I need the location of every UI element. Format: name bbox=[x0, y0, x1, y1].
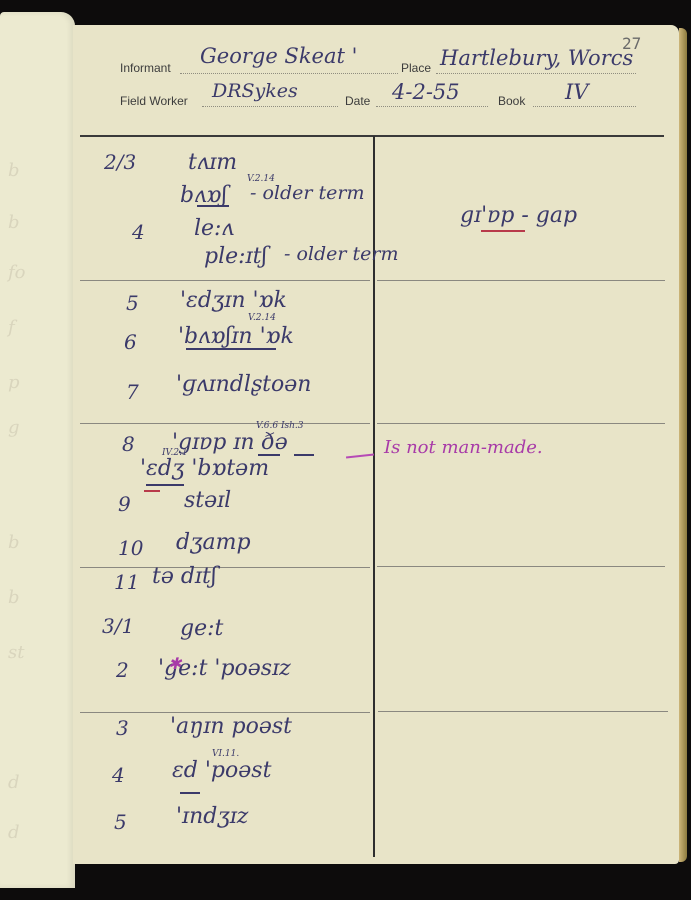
reference-superscript: V.6.6 Ish.3 bbox=[256, 421, 304, 431]
item-number: 3/1 bbox=[102, 614, 134, 638]
ghost-text: d bbox=[8, 822, 20, 843]
field-worker-value: DRSykes bbox=[212, 80, 298, 102]
row-divider bbox=[80, 280, 370, 281]
red-underline bbox=[481, 230, 525, 232]
page-number: 27 bbox=[622, 34, 641, 53]
entry-text: ple:ɪtʃ bbox=[204, 244, 267, 269]
item-number: 2 bbox=[116, 658, 129, 682]
entry-text: tə dɪtʃ bbox=[152, 564, 217, 589]
entry-text: 'ɪndʒɪz bbox=[176, 804, 248, 829]
entry-note: - older term bbox=[284, 243, 398, 265]
place-value: Hartlebury, Worcs bbox=[440, 46, 633, 70]
ghost-text: p bbox=[8, 372, 20, 393]
ghost-text: b bbox=[8, 160, 20, 181]
item-number: 5 bbox=[126, 291, 139, 315]
field-worker-label: Field Worker bbox=[120, 94, 188, 108]
reference-superscript: V.2.14 bbox=[248, 313, 276, 323]
place-label: Place bbox=[401, 61, 431, 75]
entry-text: dʒamp bbox=[176, 530, 251, 555]
red-underline bbox=[144, 490, 160, 492]
entry-text: tʌɪm bbox=[188, 150, 237, 175]
underline bbox=[146, 484, 184, 486]
date-value: 4-2-55 bbox=[392, 80, 460, 104]
row-divider bbox=[80, 423, 370, 424]
underline bbox=[186, 348, 276, 350]
ghost-text: b bbox=[8, 532, 20, 553]
entry-text: le:ʌ bbox=[194, 216, 234, 241]
entry-text: ge:t bbox=[180, 616, 223, 641]
right-column-note: Is not man-made. bbox=[384, 437, 543, 458]
row-divider bbox=[377, 423, 665, 424]
magenta-correction-mark: ✱ bbox=[168, 654, 181, 673]
ghost-text: f bbox=[8, 317, 15, 338]
ghost-text: st bbox=[8, 642, 24, 663]
item-number: 6 bbox=[124, 330, 137, 354]
ghost-text: g bbox=[8, 417, 20, 438]
entry-text: 'ɛdʒ 'bɒtəm bbox=[140, 456, 269, 481]
row-divider bbox=[377, 566, 665, 567]
place-dotline bbox=[436, 73, 636, 74]
entry-text: stəɪl bbox=[184, 488, 231, 513]
item-number: 8 bbox=[122, 432, 135, 456]
ghost-text: b bbox=[8, 212, 20, 233]
book-value: IV bbox=[565, 80, 588, 104]
entry-text: 'ɛdʒɪn 'ɒk bbox=[180, 288, 287, 313]
ghost-text: b bbox=[8, 587, 20, 608]
underline bbox=[294, 454, 314, 456]
date-dotline bbox=[376, 106, 488, 107]
item-number: 4 bbox=[132, 220, 145, 244]
item-number: 3 bbox=[116, 716, 129, 740]
header-rule bbox=[80, 135, 664, 137]
entry-note: - older term bbox=[250, 182, 364, 204]
item-number: 10 bbox=[118, 536, 143, 560]
item-number: 5 bbox=[114, 810, 127, 834]
row-divider bbox=[80, 567, 370, 568]
row-divider bbox=[378, 711, 668, 712]
item-number: 9 bbox=[118, 492, 131, 516]
item-number: 7 bbox=[126, 380, 139, 404]
ghost-text: fo bbox=[8, 262, 26, 283]
entry-text: 'ɡʌɪndlʂtoən bbox=[176, 372, 311, 397]
item-number: 11 bbox=[114, 570, 139, 594]
underline bbox=[180, 792, 200, 794]
book-dotline bbox=[533, 106, 636, 107]
entry-text: 'bʌɒʃɪn 'ɒk bbox=[178, 324, 294, 349]
row-divider bbox=[80, 712, 370, 713]
item-number: 4 bbox=[112, 763, 125, 787]
previous-page-edge: b b fo f p g b b st d d bbox=[0, 12, 75, 888]
informant-value: George Skeat ' bbox=[200, 44, 357, 68]
date-label: Date bbox=[345, 94, 370, 108]
ghost-text: d bbox=[8, 772, 20, 793]
right-column-note: gɪ'ɐp - gap bbox=[460, 203, 577, 228]
notebook-page bbox=[73, 25, 679, 864]
informant-label: Informant bbox=[120, 61, 171, 75]
book-label: Book bbox=[498, 94, 525, 108]
informant-dotline bbox=[180, 73, 398, 74]
entry-text: 'aŋɪn poəst bbox=[170, 714, 292, 739]
item-number: 2/3 bbox=[104, 150, 136, 174]
page-gilt-edge bbox=[679, 28, 687, 862]
field-worker-dotline bbox=[202, 106, 338, 107]
underline bbox=[197, 205, 229, 207]
entry-text: 'gɪɐp ɪn ðə bbox=[172, 430, 288, 455]
entry-text: ɛd 'poəst bbox=[172, 758, 271, 783]
row-divider bbox=[377, 280, 665, 281]
